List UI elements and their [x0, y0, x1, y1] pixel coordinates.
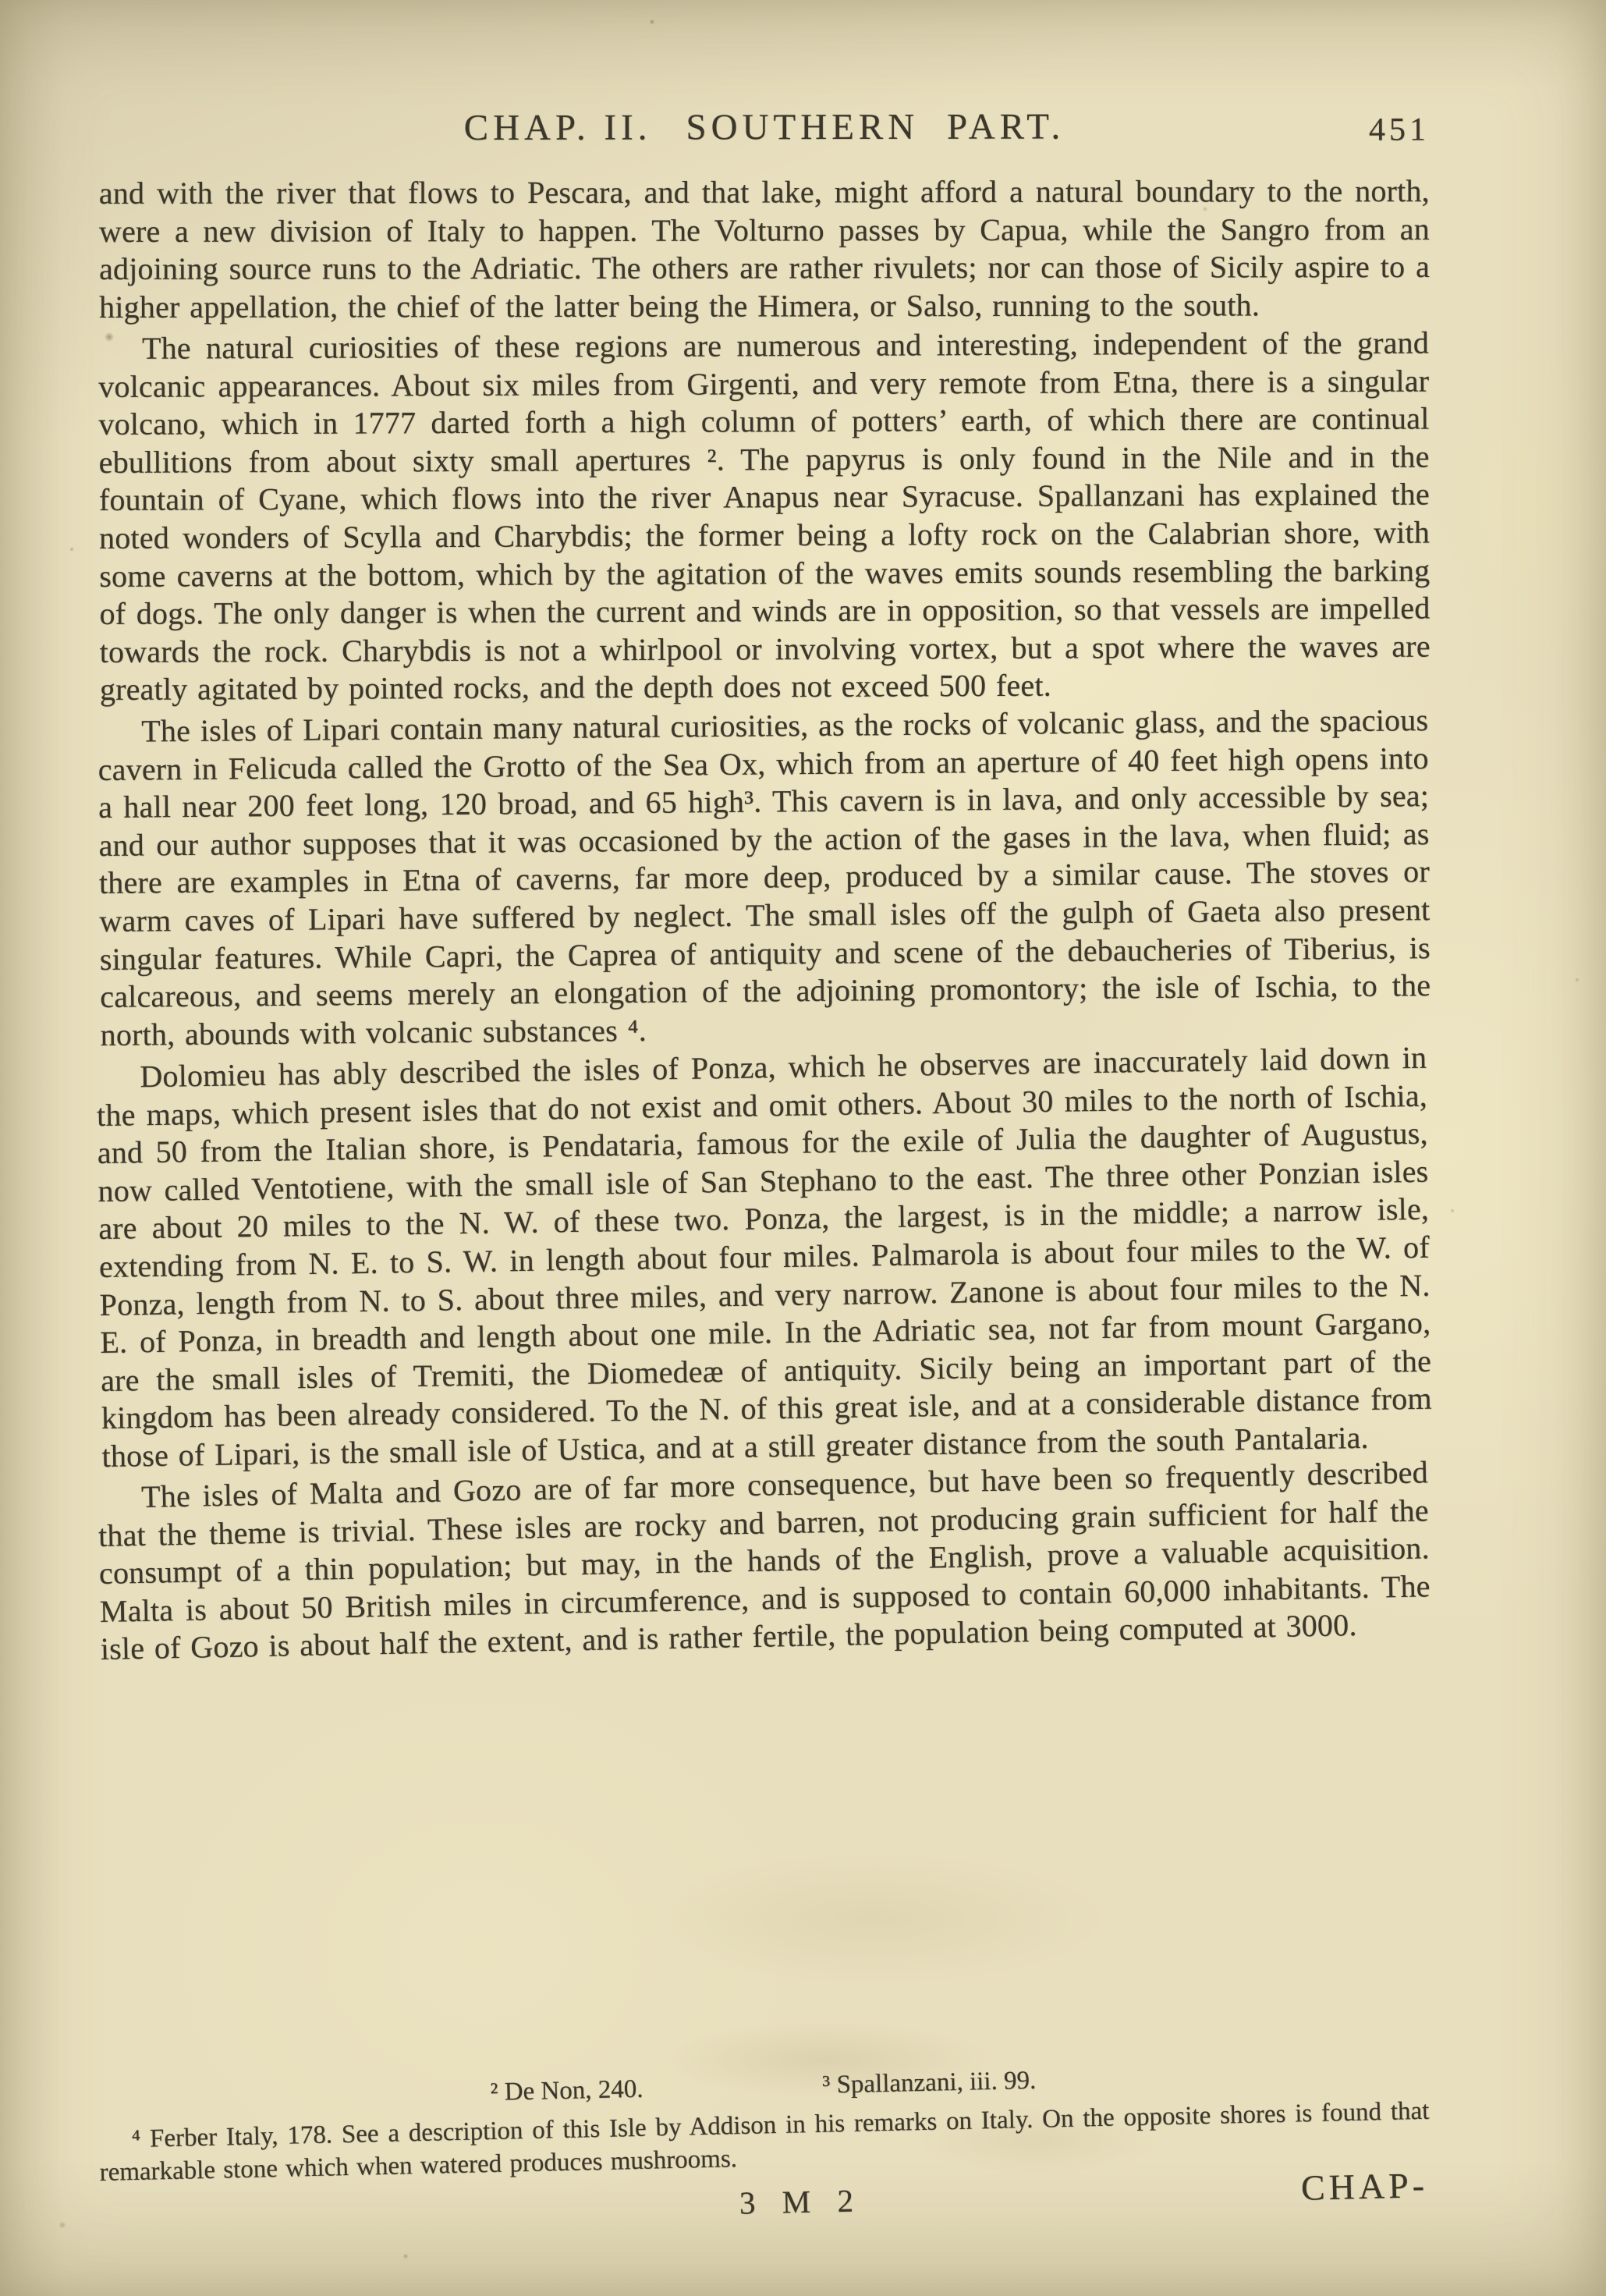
running-head-title: CHAP. II.SOUTHERN PART. [99, 105, 1430, 150]
footnote-2: ² De Non, 240. [490, 2073, 643, 2109]
paragraph-1: and with the river that flows to Pescara… [99, 172, 1430, 326]
chapter-heading: CHAP. II. [464, 108, 652, 149]
signature-mark: 3 M 2 [739, 2181, 863, 2221]
section-title: SOUTHERN PART. [686, 106, 1065, 147]
paragraph-4: Dolomieu has ably described the isles of… [96, 1038, 1433, 1475]
footnote-3: ³ Spallanzani, iii. 99. [822, 2064, 1037, 2102]
running-head: CHAP. II.SOUTHERN PART. 451 [99, 105, 1430, 156]
book-page: CHAP. II.SOUTHERN PART. 451 and with the… [0, 0, 1606, 2296]
paragraph-5: The isles of Malta and Gozo are of far m… [97, 1453, 1431, 1669]
paragraph-3: The isles of Lipari contain many natural… [97, 701, 1431, 1054]
page-number: 451 [1369, 111, 1430, 148]
catchword: CHAP- [1300, 2164, 1428, 2209]
page-body: and with the river that flows to Pescara… [99, 175, 1430, 1669]
paragraph-2: The natural curiosities of these regions… [98, 325, 1431, 709]
